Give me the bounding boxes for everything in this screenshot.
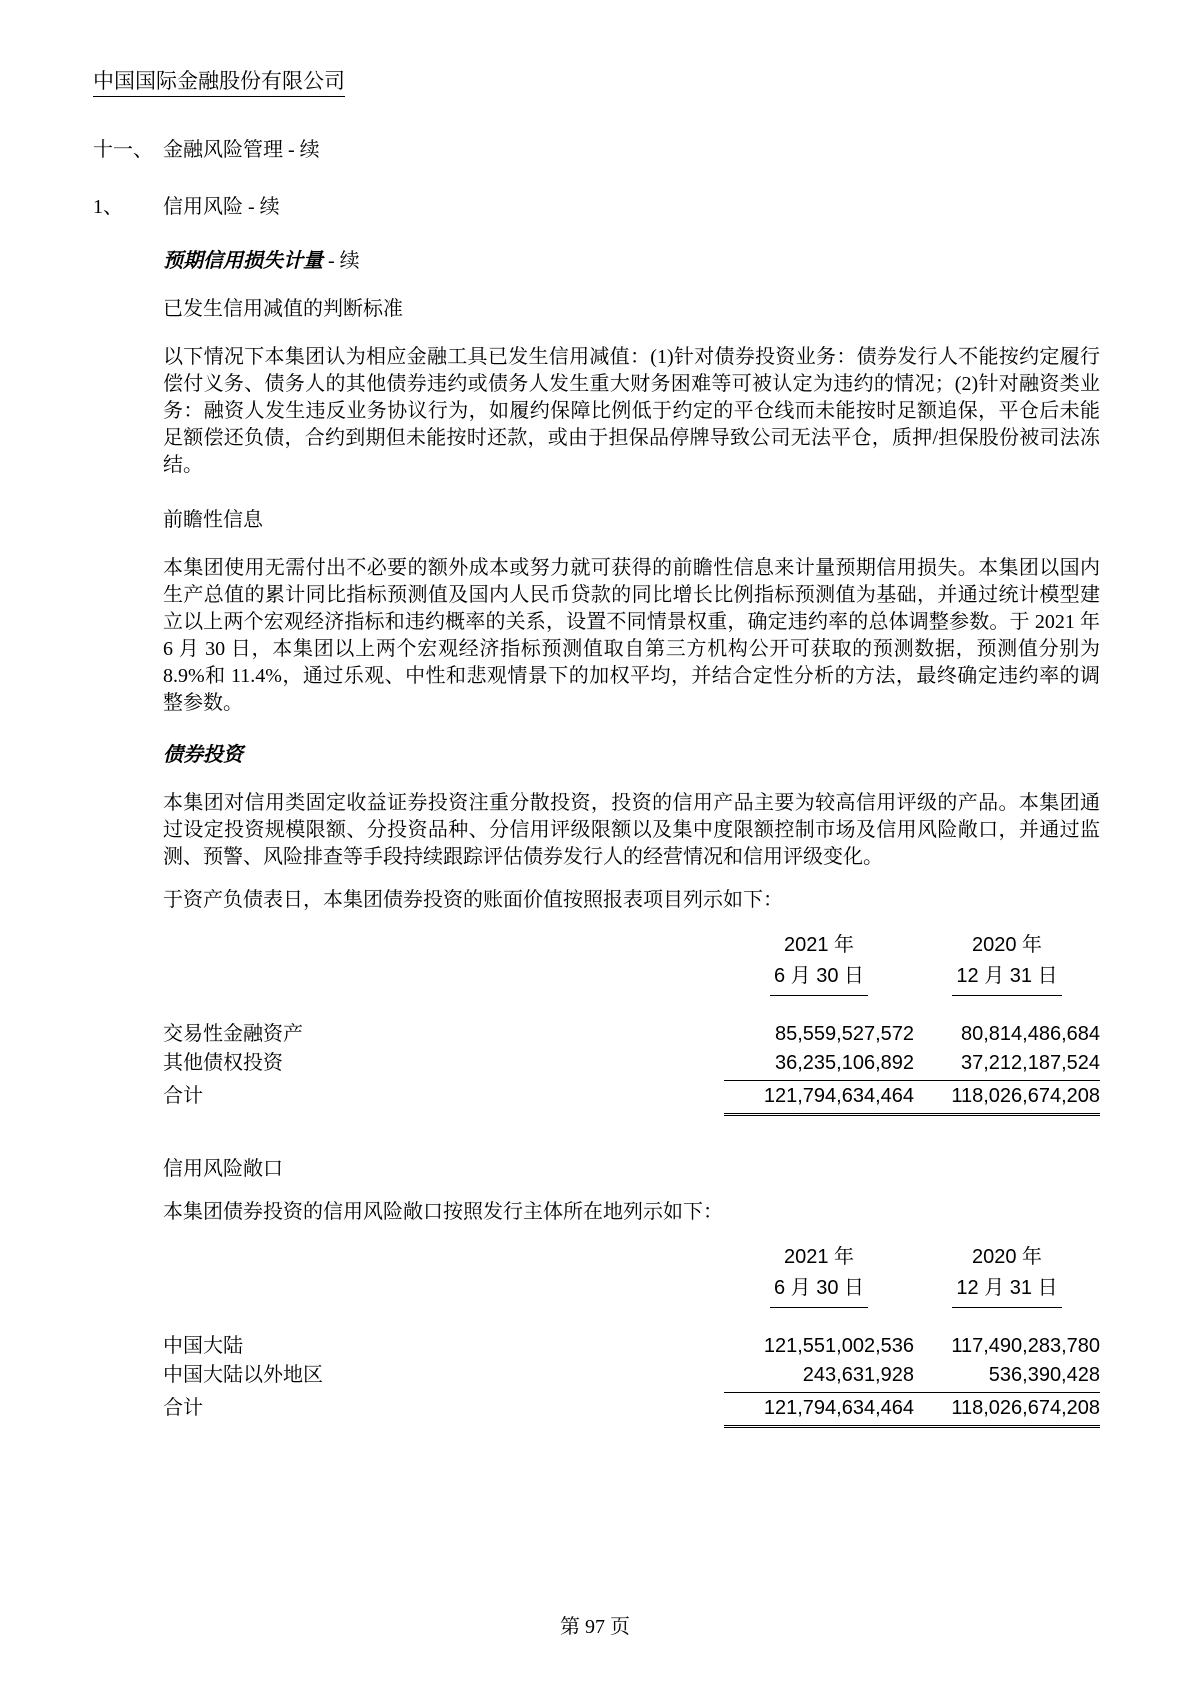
row-value-2021: 36,235,106,892 <box>724 1050 914 1077</box>
section-heading-row: 十一、 金融风险管理 - 续 <box>93 137 1100 164</box>
carrying-value-table-intro: 于资产负债表日，本集团债券投资的账面价值按照报表项目列示如下： <box>163 887 1100 914</box>
carrying-value-table-header: 2021 年 6 月 30 日 2020 年 12 月 31 日 <box>163 930 1100 996</box>
subsection-number: 1、 <box>93 194 163 221</box>
subsection-title: 信用风险 - 续 <box>163 194 1100 221</box>
impairment-criteria-heading: 已发生信用减值的判断标准 <box>163 296 1100 323</box>
column-header-2020-date: 12 月 31 日 <box>952 961 1061 996</box>
column-header-2021-date: 6 月 30 日 <box>770 961 868 996</box>
column-header-2021: 2021 年 6 月 30 日 <box>724 1242 914 1308</box>
total-value-2021: 121,794,634,464 <box>724 1080 914 1116</box>
credit-exposure-heading: 信用风险敞口 <box>163 1156 1100 1183</box>
table-row: 其他债权投资 36,235,106,892 37,212,187,524 <box>163 1049 1100 1078</box>
impairment-criteria-paragraph: 以下情况下本集团认为相应金融工具已发生信用减值：(1)针对债券投资业务：债券发行… <box>163 344 1100 479</box>
forward-looking-heading: 前瞻性信息 <box>163 507 1100 534</box>
column-header-2021-year: 2021 年 <box>784 1246 854 1268</box>
document-page: 中国国际金融股份有限公司 十一、 金融风险管理 - 续 1、 信用风险 - 续 … <box>0 0 1190 1683</box>
column-header-2021-date: 6 月 30 日 <box>770 1273 868 1308</box>
row-value-2021: 121,551,002,536 <box>724 1333 914 1360</box>
row-value-2020: 37,212,187,524 <box>914 1050 1100 1077</box>
row-value-2020: 536,390,428 <box>914 1362 1100 1389</box>
exposure-table: 2021 年 6 月 30 日 2020 年 12 月 31 日 中国大陆 12… <box>163 1242 1100 1428</box>
table-row: 中国大陆 121,551,002,536 117,490,283,780 <box>163 1332 1100 1361</box>
column-header-2021: 2021 年 6 月 30 日 <box>724 930 914 996</box>
row-value-2021: 243,631,928 <box>724 1362 914 1389</box>
table-row: 中国大陆以外地区 243,631,928 536,390,428 <box>163 1361 1100 1390</box>
page-number: 第 97 页 <box>0 1614 1190 1641</box>
total-label: 合计 <box>163 1083 724 1110</box>
column-header-2020: 2020 年 12 月 31 日 <box>914 1242 1100 1308</box>
section-title: 金融风险管理 - 续 <box>163 137 1100 164</box>
forward-looking-paragraph: 本集团使用无需付出不必要的额外成本或努力就可获得的前瞻性信息来计量预期信用损失。… <box>163 555 1100 717</box>
bond-investment-paragraph: 本集团对信用类固定收益证券投资注重分散投资，投资的信用产品主要为较高信用评级的产… <box>163 790 1100 871</box>
table-total-row: 合计 121,794,634,464 118,026,674,208 <box>163 1080 1100 1116</box>
column-header-2020-year: 2020 年 <box>972 934 1042 956</box>
company-name: 中国国际金融股份有限公司 <box>93 68 345 97</box>
table-total-row: 合计 121,794,634,464 118,026,674,208 <box>163 1392 1100 1428</box>
total-label: 合计 <box>163 1395 724 1422</box>
ecl-heading-continued: - 续 <box>323 250 360 272</box>
ecl-heading: 预期信用损失计量 - 续 <box>163 248 1100 275</box>
row-label: 中国大陆 <box>163 1333 724 1360</box>
row-value-2020: 117,490,283,780 <box>914 1333 1100 1360</box>
row-value-2021: 85,559,527,572 <box>724 1021 914 1048</box>
row-label: 交易性金融资产 <box>163 1021 724 1048</box>
exposure-table-intro: 本集团债券投资的信用风险敞口按照发行主体所在地列示如下： <box>163 1199 1100 1226</box>
row-value-2020: 80,814,486,684 <box>914 1021 1100 1048</box>
column-header-2021-year: 2021 年 <box>784 934 854 956</box>
total-value-2021: 121,794,634,464 <box>724 1392 914 1428</box>
column-header-2020: 2020 年 12 月 31 日 <box>914 930 1100 996</box>
exposure-table-header: 2021 年 6 月 30 日 2020 年 12 月 31 日 <box>163 1242 1100 1308</box>
total-value-2020: 118,026,674,208 <box>914 1392 1100 1428</box>
column-header-2020-date: 12 月 31 日 <box>952 1273 1061 1308</box>
subsection-heading-row: 1、 信用风险 - 续 <box>93 194 1100 221</box>
ecl-heading-emphasis: 预期信用损失计量 <box>163 250 323 272</box>
row-label: 中国大陆以外地区 <box>163 1362 724 1389</box>
bond-investment-heading: 债券投资 <box>163 742 1100 769</box>
section-number: 十一、 <box>93 137 163 164</box>
company-header: 中国国际金融股份有限公司 <box>93 68 1100 97</box>
total-value-2020: 118,026,674,208 <box>914 1080 1100 1116</box>
table-row: 交易性金融资产 85,559,527,572 80,814,486,684 <box>163 1020 1100 1049</box>
column-header-2020-year: 2020 年 <box>972 1246 1042 1268</box>
page-content: 中国国际金融股份有限公司 十一、 金融风险管理 - 续 1、 信用风险 - 续 … <box>0 0 1190 1428</box>
carrying-value-table: 2021 年 6 月 30 日 2020 年 12 月 31 日 交易性金融资产… <box>163 930 1100 1116</box>
row-label: 其他债权投资 <box>163 1050 724 1077</box>
